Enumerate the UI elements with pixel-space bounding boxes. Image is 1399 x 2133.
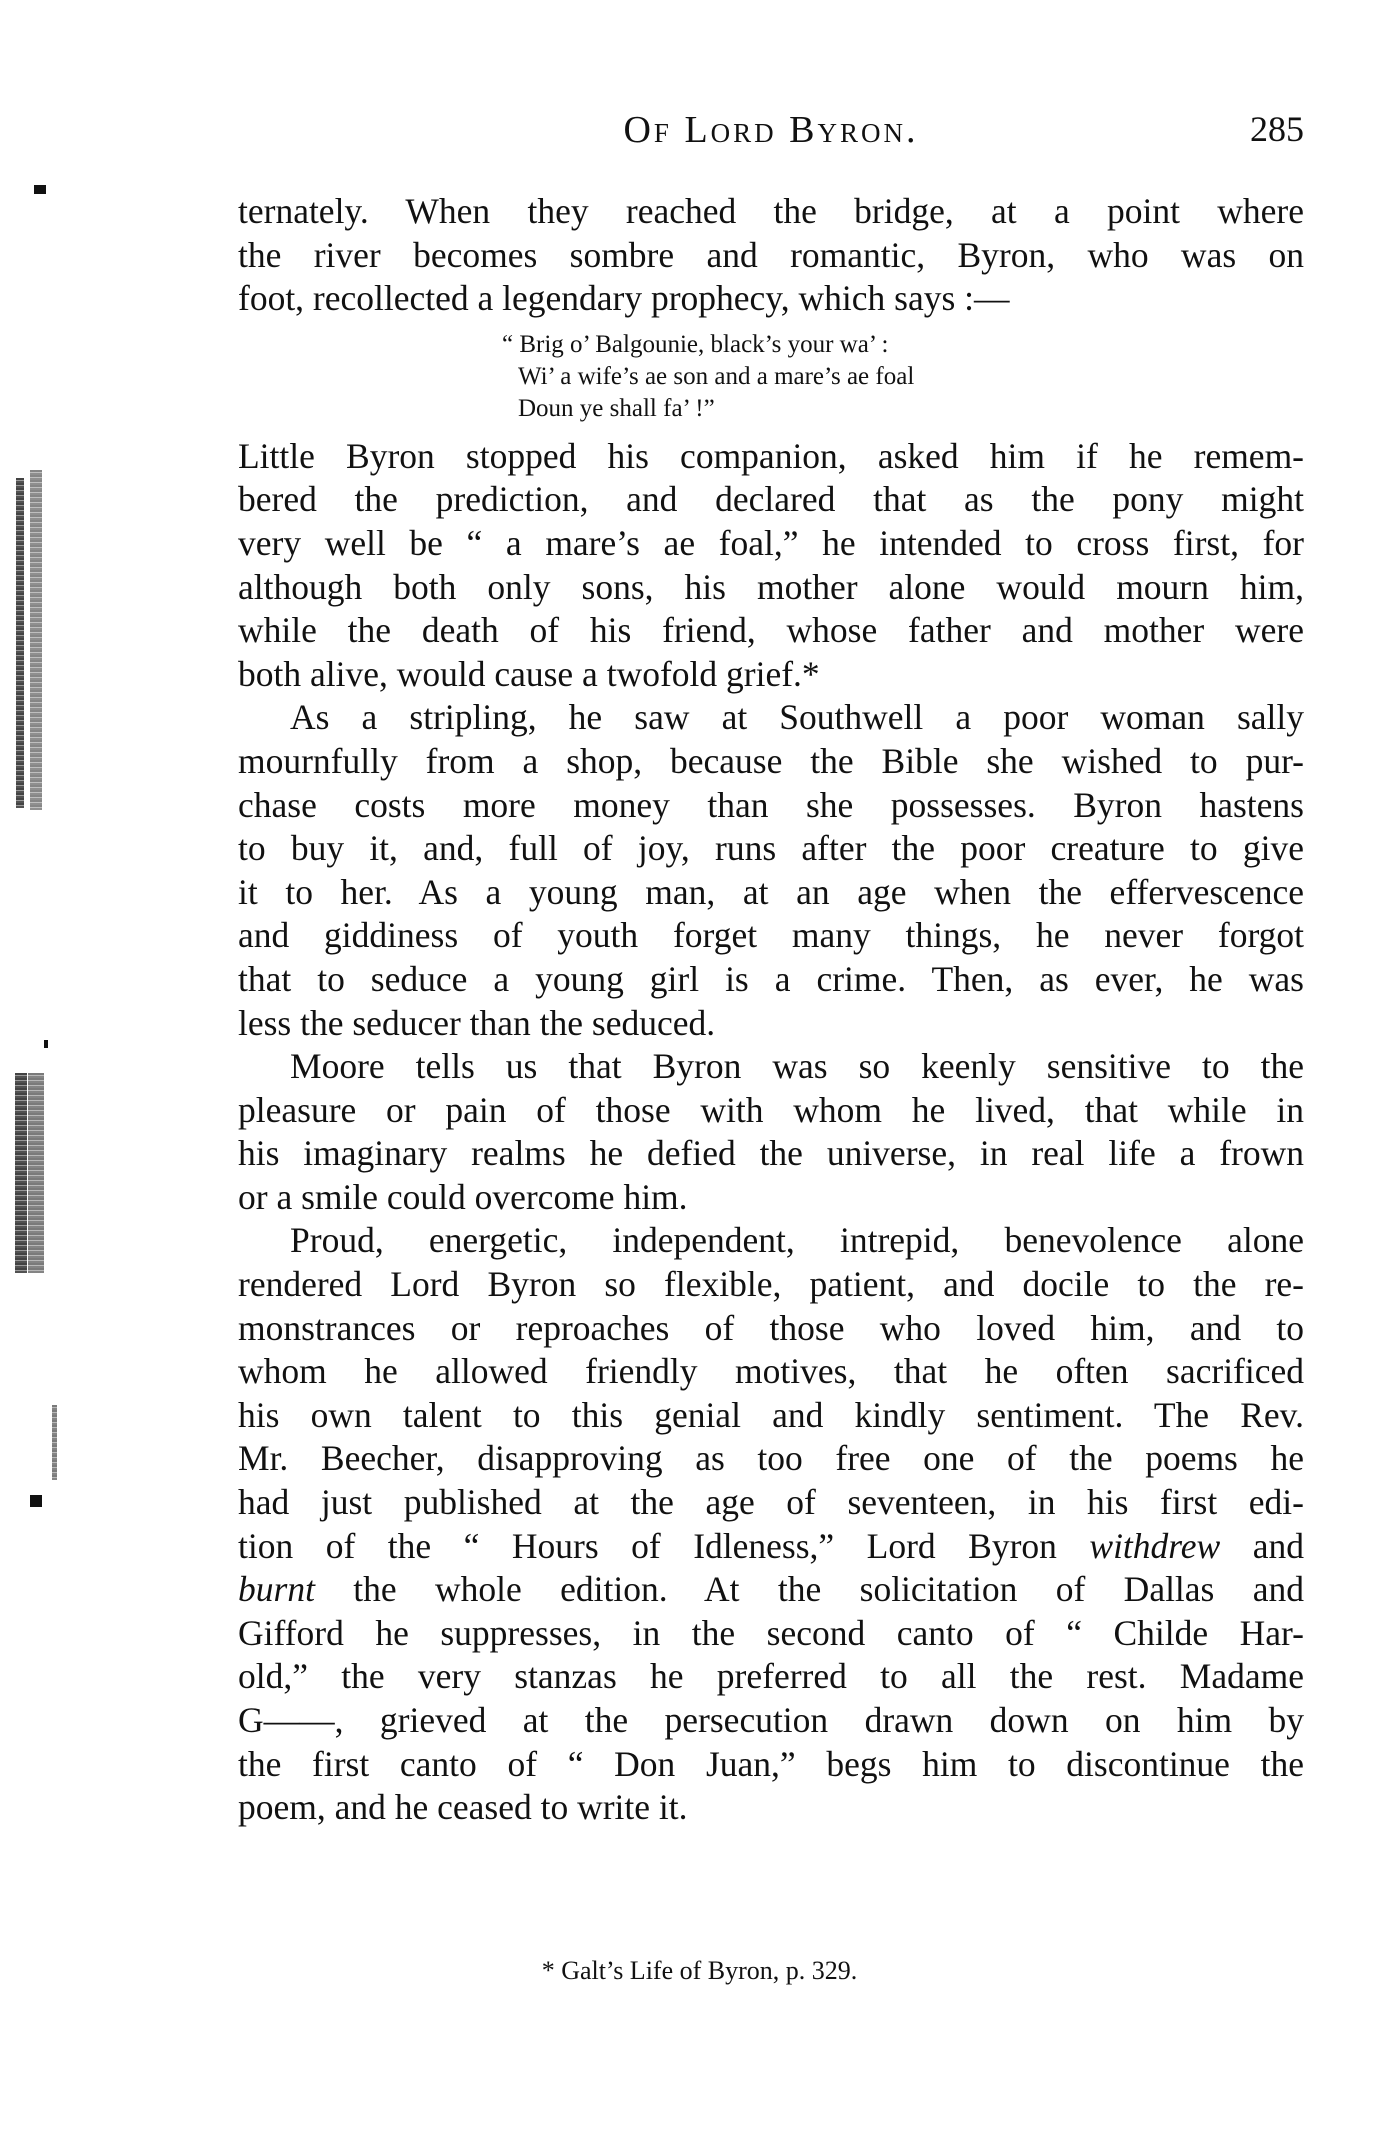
text-line: that to seduce a young girl is a crime. …: [238, 958, 1304, 1002]
text-line: poem, and he ceased to write it.: [238, 1786, 1304, 1830]
text-span: tion of the “ Hours of Idleness,” Lord B…: [238, 1526, 1089, 1566]
text-line: ternately. When they reached the bridge,…: [238, 190, 1304, 234]
text-line: his own talent to this genial and kindly…: [238, 1394, 1304, 1438]
text-line: pleasure or pain of those with whom he l…: [238, 1089, 1304, 1133]
scan-bar: [30, 470, 42, 810]
text-line: the river becomes sombre and romantic, B…: [238, 234, 1304, 278]
book-page: Of Lord Byron. 285 ternately. When they …: [0, 0, 1399, 2133]
text-line: As a stripling, he saw at Southwell a po…: [238, 696, 1304, 740]
text-line-with-italic: burnt the whole edition. At the solicita…: [238, 1568, 1304, 1612]
page-number: 285: [1250, 108, 1304, 150]
verse-line: Doun ye shall fa’ !”: [502, 393, 1304, 425]
italic-emphasis: withdrew: [1089, 1526, 1220, 1566]
text-line-footnote-ref: both alive, would cause a twofold grief.…: [238, 653, 1304, 697]
text-line: G——, grieved at the persecution drawn do…: [238, 1699, 1304, 1743]
verse-line: “ Brig o’ Balgounie, black’s your wa’ :: [502, 329, 1304, 361]
scan-bar: [28, 1073, 44, 1273]
text-line: Proud, energetic, independent, intrepid,…: [238, 1219, 1304, 1263]
text-line: whom he allowed friendly motives, that h…: [238, 1350, 1304, 1394]
text-line: mournfully from a shop, because the Bibl…: [238, 740, 1304, 784]
text-line: it to her. As a young man, at an age whe…: [238, 871, 1304, 915]
scan-speck: [34, 185, 46, 194]
paragraph-3: As a stripling, he saw at Southwell a po…: [238, 696, 1304, 1045]
text-line: bered the prediction, and declared that …: [238, 478, 1304, 522]
text-line: the first canto of “ Don Juan,” begs him…: [238, 1743, 1304, 1787]
text-line: while the death of his friend, whose fat…: [238, 609, 1304, 653]
text-span: the whole edition. At the solicitation o…: [315, 1569, 1304, 1609]
paragraph-2: Little Byron stopped his companion, aske…: [238, 435, 1304, 697]
scan-bar: [52, 1405, 57, 1480]
paragraph-1: ternately. When they reached the bridge,…: [238, 190, 1304, 321]
running-head-title: Of Lord Byron.: [238, 108, 1304, 152]
paragraph-5: Proud, energetic, independent, intrepid,…: [238, 1219, 1304, 1829]
text-line: to buy it, and, full of joy, runs after …: [238, 827, 1304, 871]
text-line: his imaginary realms he defied the unive…: [238, 1132, 1304, 1176]
text-line-with-italic: tion of the “ Hours of Idleness,” Lord B…: [238, 1525, 1304, 1569]
italic-emphasis: burnt: [238, 1569, 315, 1609]
scan-bar: [15, 1073, 27, 1273]
text-line: foot, recollected a legendary prophecy, …: [238, 277, 1304, 321]
text-line: although both only sons, his mother alon…: [238, 566, 1304, 610]
text-line: rendered Lord Byron so flexible, patient…: [238, 1263, 1304, 1307]
footnote: * Galt’s Life of Byron, p. 329.: [0, 1956, 1399, 1986]
text-line: Mr. Beecher, disapproving as too free on…: [238, 1437, 1304, 1481]
text-line: old,” the very stanzas he preferred to a…: [238, 1655, 1304, 1699]
running-head: Of Lord Byron. 285: [238, 108, 1304, 158]
text-line: Little Byron stopped his companion, aske…: [238, 435, 1304, 479]
scan-speck: [44, 1040, 48, 1048]
text-line: very well be “ a mare’s ae foal,” he int…: [238, 522, 1304, 566]
text-line: or a smile could overcome him.: [238, 1176, 1304, 1220]
text-line: chase costs more money than she possesse…: [238, 784, 1304, 828]
scan-speck: [30, 1495, 42, 1507]
scan-bar: [16, 478, 24, 808]
text-line: Gifford he suppresses, in the second can…: [238, 1612, 1304, 1656]
body-text: ternately. When they reached the bridge,…: [238, 190, 1304, 1830]
verse-quotation: “ Brig o’ Balgounie, black’s your wa’ : …: [502, 329, 1304, 425]
text-span: and: [1220, 1526, 1304, 1566]
verse-line: Wi’ a wife’s ae son and a mare’s ae foal: [502, 361, 1304, 393]
text-line: monstrances or reproaches of those who l…: [238, 1307, 1304, 1351]
text-line: less the seducer than the seduced.: [238, 1002, 1304, 1046]
paragraph-4: Moore tells us that Byron was so keenly …: [238, 1045, 1304, 1219]
text-line: Moore tells us that Byron was so keenly …: [238, 1045, 1304, 1089]
text-line: and giddiness of youth forget many thing…: [238, 914, 1304, 958]
text-line: had just published at the age of sevente…: [238, 1481, 1304, 1525]
